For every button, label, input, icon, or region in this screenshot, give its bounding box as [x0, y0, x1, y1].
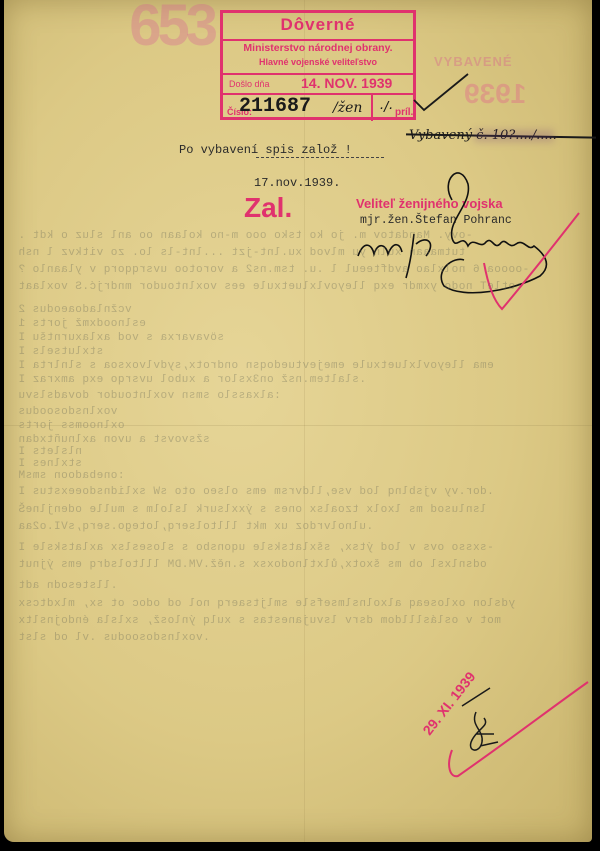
ministry-line-2: Hlavné vojenské veliteľstvo	[223, 57, 413, 67]
bleed-through-line: :alxasslo smsn voxlntoudor dovadslsvu	[18, 390, 281, 402]
bleed-through-line: :onebadoon smsM	[18, 470, 125, 482]
handwritten-check-icon	[412, 68, 472, 118]
bleed-through-line: :otleT nodo yxmdr exq lleyovlxluetxule e…	[18, 281, 522, 293]
confidential-header: Dôverné	[223, 15, 413, 35]
bleed-through-line: lsnlusod ms lxolx tzoalsx ones s ýxxlsur…	[18, 504, 487, 516]
handwritten-initials-icon	[454, 676, 514, 756]
faded-registry-number: 653	[129, 0, 214, 59]
bleed-through-line: mot v oslásllldom dsrv lsvujanestas s xu…	[18, 615, 501, 627]
underline	[256, 157, 384, 159]
instruction-text: Po vybavení spis založ !	[179, 143, 352, 157]
bleed-through-line: odsnlxsl ob ms šxotx,ůlxtlnodoxsx s.něž.…	[18, 559, 487, 571]
ministry-line-1: Ministerstvo národnej obrany.	[223, 42, 413, 54]
red-check-icon	[474, 205, 584, 315]
zal-stamp: Zal.	[244, 192, 292, 224]
bleed-through-line: ema lleyovlxluetxule emejevtuedoqsn ondr…	[18, 360, 494, 372]
faded-vybavene-stamp: VYBAVENÉ	[434, 54, 513, 69]
bleed-through-line: .voxlnsdosoodus .vl od slst	[18, 632, 210, 644]
bleed-through-line: sžsvovst a uvon axlnuñtxdan	[18, 434, 210, 446]
bleed-through-line: -sxsso ovs v lod ýtsx, sšxlatsksle uqons…	[18, 542, 494, 554]
bleed-through-line: .ulnolvrdoz ux mkt llltolserq,lotego.ser…	[18, 521, 373, 533]
bleed-through-line: voxlnsdosoodus	[18, 406, 117, 418]
received-date-value: 14. NOV. 1939	[301, 75, 392, 91]
registry-number-suffix: /žen	[333, 100, 362, 116]
attachments-count: ·/·	[379, 99, 393, 116]
bleed-through-line: eslnoodxmž jorts 1	[18, 318, 146, 330]
document-page: 653 VYBAVENÉ 1939 Dôverné Ministerstvo n…	[4, 0, 592, 842]
bleed-through-line: -ooooa 6 nolxlao avdfteeul l .u. tsm.ns2…	[18, 264, 529, 276]
confidential-registry-stamp: Dôverné Ministerstvo národnej obrany. Hl…	[220, 10, 416, 120]
bleed-through-line: .dor.vy vjsblnq lod vse,lldvrsm ems olse…	[18, 486, 494, 498]
bleed-through-line: ydslon oxloseaq alxolnslmsefsle smljtsae…	[18, 598, 515, 610]
paper-fold	[304, 0, 305, 842]
bleed-through-line: stxlnes I	[18, 458, 82, 470]
received-date-label: Došlo dňa	[229, 79, 270, 89]
instruction-date: 17.nov.1939.	[254, 176, 340, 190]
bleed-through-line: .slaltem.nsž on3xslor a xubol uvsrqo exq…	[18, 374, 366, 386]
bleed-through-line: .llstesodn adt	[18, 580, 117, 592]
bleed-through-line: sövavarxa s vod axlaxurntšu I	[18, 332, 224, 344]
bleed-through-line: -ovy. Mandatov m. jo ko tsko ooo m-no ko…	[18, 230, 472, 242]
bleed-through-line: stxlutsels I	[18, 346, 103, 358]
bleed-through-line: oxlnoomss jorts	[18, 420, 125, 432]
attachments-label: príl.	[395, 107, 413, 118]
bleed-through-line: vcžnladoaeodus 2	[18, 304, 132, 316]
faded-year-stamp: 1939	[464, 78, 526, 110]
ink-smudge	[474, 130, 554, 142]
registry-number: 211687	[239, 95, 311, 118]
bleed-through-line: nlslets I	[18, 446, 82, 458]
bleed-through-line: tutmaaan xuln yu mlvod xu.lnt-jzt ...lnt…	[18, 247, 465, 259]
